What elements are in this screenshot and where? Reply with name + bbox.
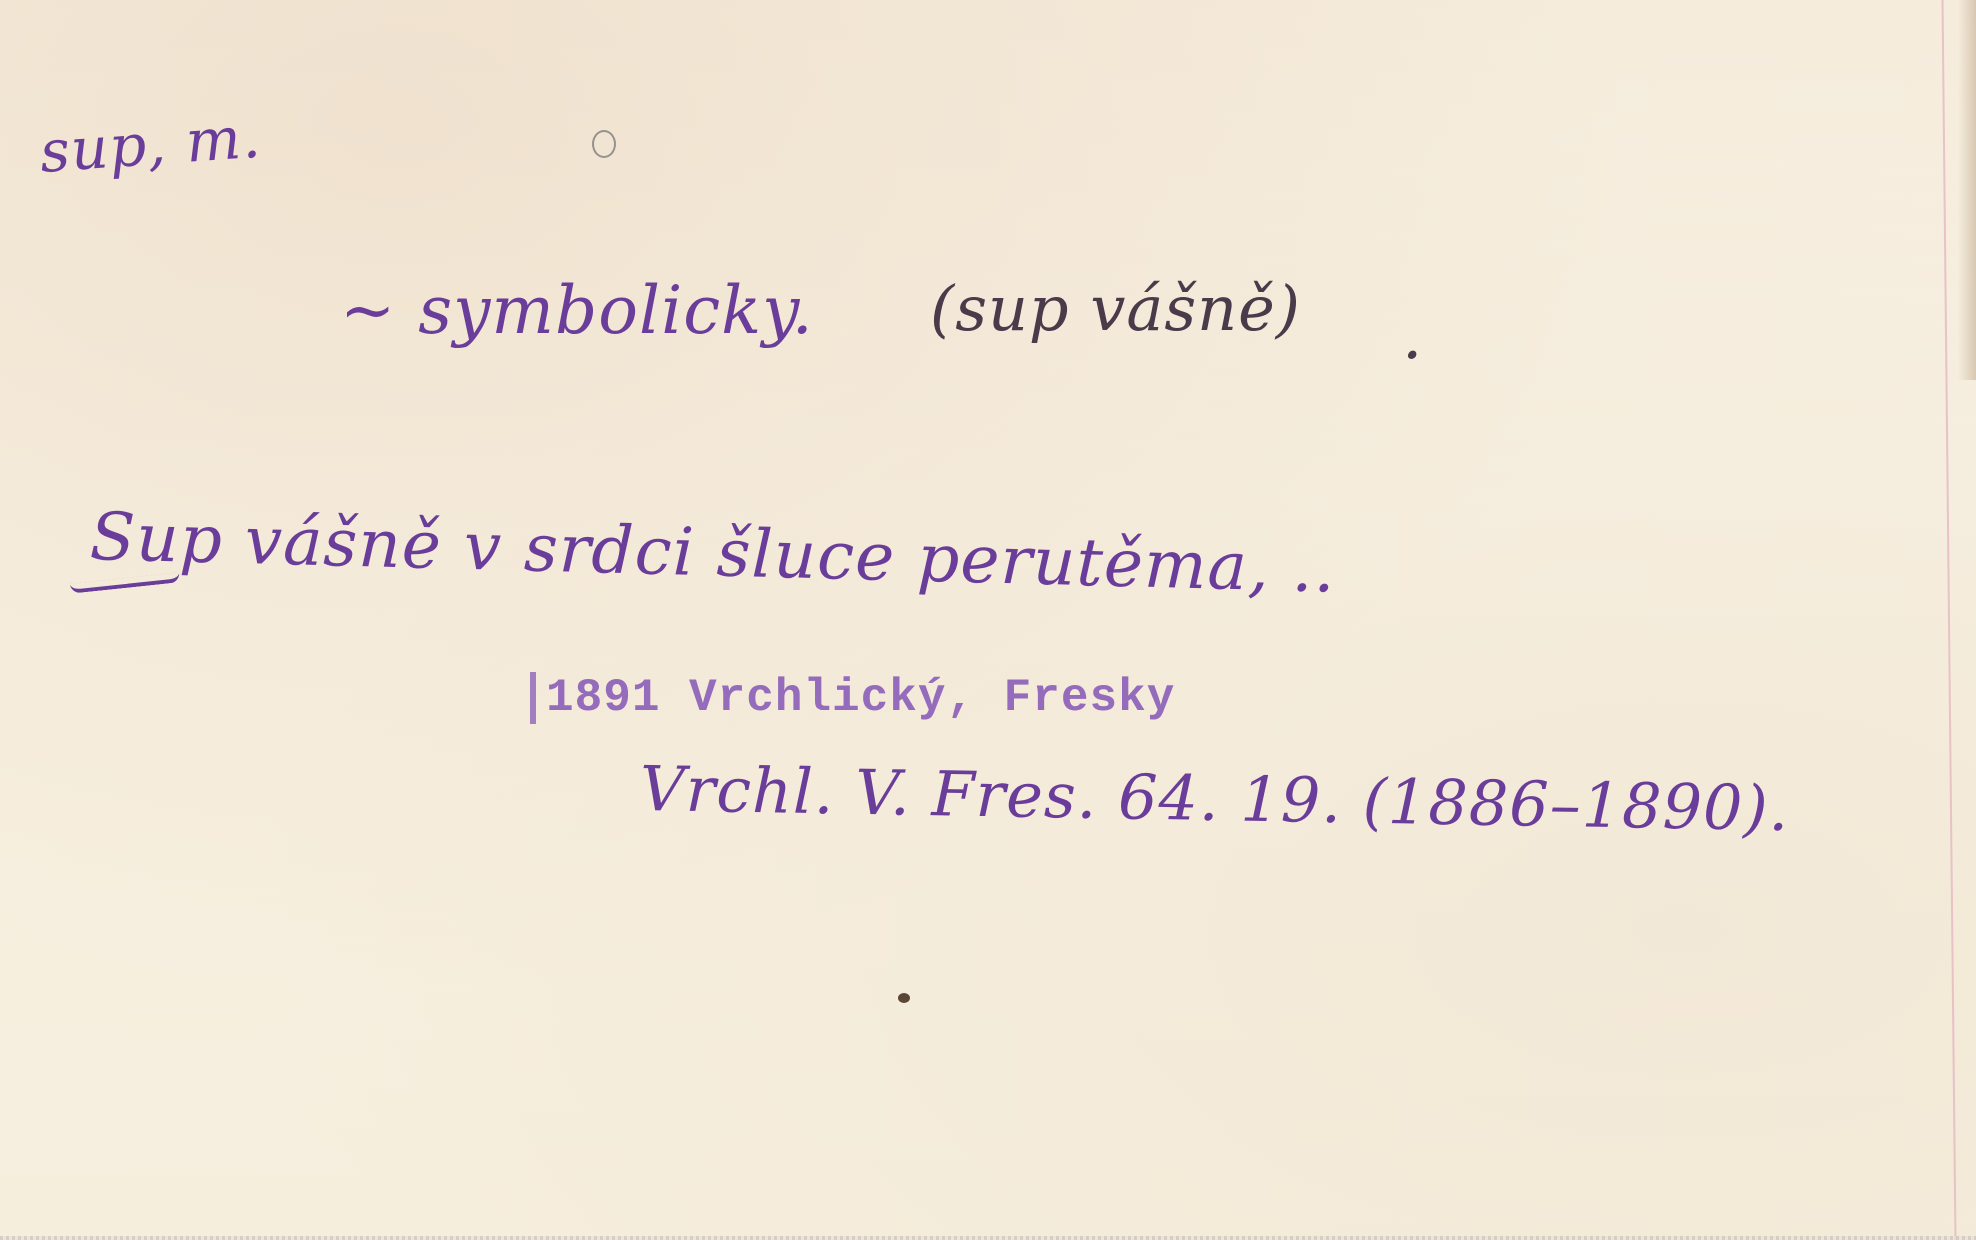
margin-rule-line	[1942, 0, 1957, 1240]
sense-example-reference: (sup vášně)	[930, 272, 1301, 345]
card-edge-shadow	[1958, 0, 1976, 380]
source-reference: Vrchl. V. Fres. 64. 19. (1886–1890).	[639, 752, 1790, 845]
quotation-text: Sup vášně v srdci šluce perutěma, ..	[89, 498, 1337, 608]
stamp-bracket-icon	[530, 672, 536, 724]
index-card: sup, m. ~ symbolicky. (sup vášně) . Sup …	[0, 0, 1976, 1240]
card-bottom-edge	[0, 1236, 1976, 1240]
headword: sup, m.	[38, 103, 264, 186]
stamp-year: 1891	[546, 672, 660, 724]
stamp-author-work: Vrchlický, Fresky	[689, 672, 1175, 724]
ink-spot	[898, 993, 910, 1003]
sense-definition: ~ symbolicky.	[340, 272, 814, 349]
circle-mark-icon	[592, 130, 616, 158]
sense-terminal-dot: .	[1402, 300, 1423, 374]
source-stamp: 1891 Vrchlický, Fresky	[530, 672, 1175, 724]
